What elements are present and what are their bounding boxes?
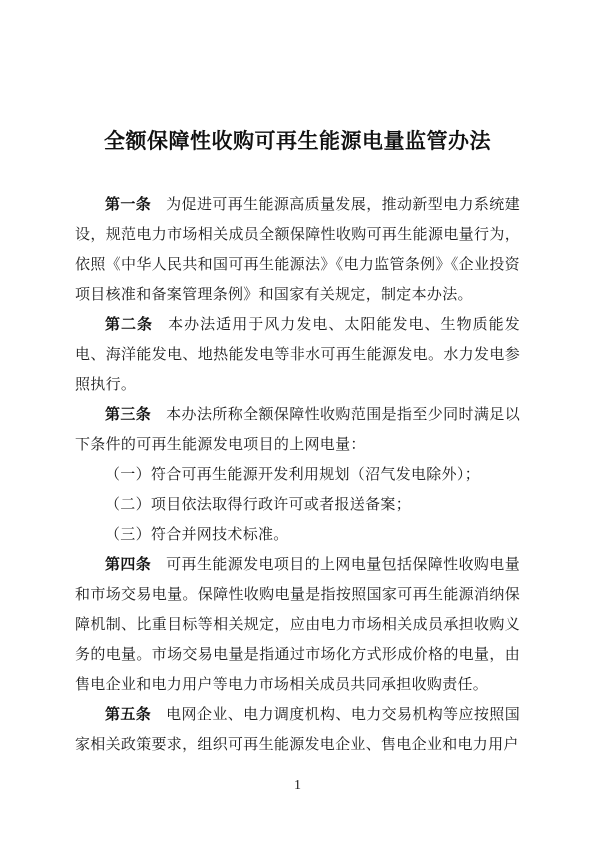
clause-paragraph: 第三条本办法所称全额保障性收购范围是指至少同时满足以下条件的可再生能源发电项目的…: [75, 400, 520, 460]
clause-label: 第三条: [105, 406, 151, 423]
document-body: 第一条为促进可再生能源高质量发展，推动新型电力系统建设，规范电力市场相关成员全额…: [75, 190, 520, 760]
page-number: 1: [0, 776, 595, 796]
paragraph-text: （一）符合可再生能源开发利用规划（沼气发电除外）；: [105, 467, 480, 483]
clause-paragraph: 第五条电网企业、电力调度机构、电力交易机构等应按照国家相关政策要求，组织可再生能…: [75, 700, 520, 760]
list-item: （一）符合可再生能源开发利用规划（沼气发电除外）；: [75, 460, 520, 490]
document-page: 全额保障性收购可再生能源电量监管办法 第一条为促进可再生能源高质量发展，推动新型…: [0, 0, 595, 841]
clause-label: 第一条: [105, 196, 151, 213]
document-title: 全额保障性收购可再生能源电量监管办法: [75, 0, 520, 152]
clause-paragraph: 第一条为促进可再生能源高质量发展，推动新型电力系统建设，规范电力市场相关成员全额…: [75, 190, 520, 310]
clause-label: 第五条: [105, 706, 151, 723]
paragraph-text: （二）项目依法取得行政许可或者报送备案；: [105, 497, 411, 513]
clause-label: 第二条: [105, 316, 153, 333]
paragraph-text: （三）符合并网技术标准。: [105, 527, 289, 543]
clause-paragraph: 第二条本办法适用于风力发电、太阳能发电、生物质能发电、海洋能发电、地热能发电等非…: [75, 310, 520, 400]
document-content: 全额保障性收购可再生能源电量监管办法 第一条为促进可再生能源高质量发展，推动新型…: [0, 0, 595, 760]
paragraph-text: 可再生能源发电项目的上网电量包括保障性收购电量和市场交易电量。保障性收购电量是指…: [75, 557, 520, 693]
list-item: （二）项目依法取得行政许可或者报送备案；: [75, 490, 520, 520]
list-item: （三）符合并网技术标准。: [75, 520, 520, 550]
clause-label: 第四条: [105, 556, 151, 573]
clause-paragraph: 第四条可再生能源发电项目的上网电量包括保障性收购电量和市场交易电量。保障性收购电…: [75, 550, 520, 700]
